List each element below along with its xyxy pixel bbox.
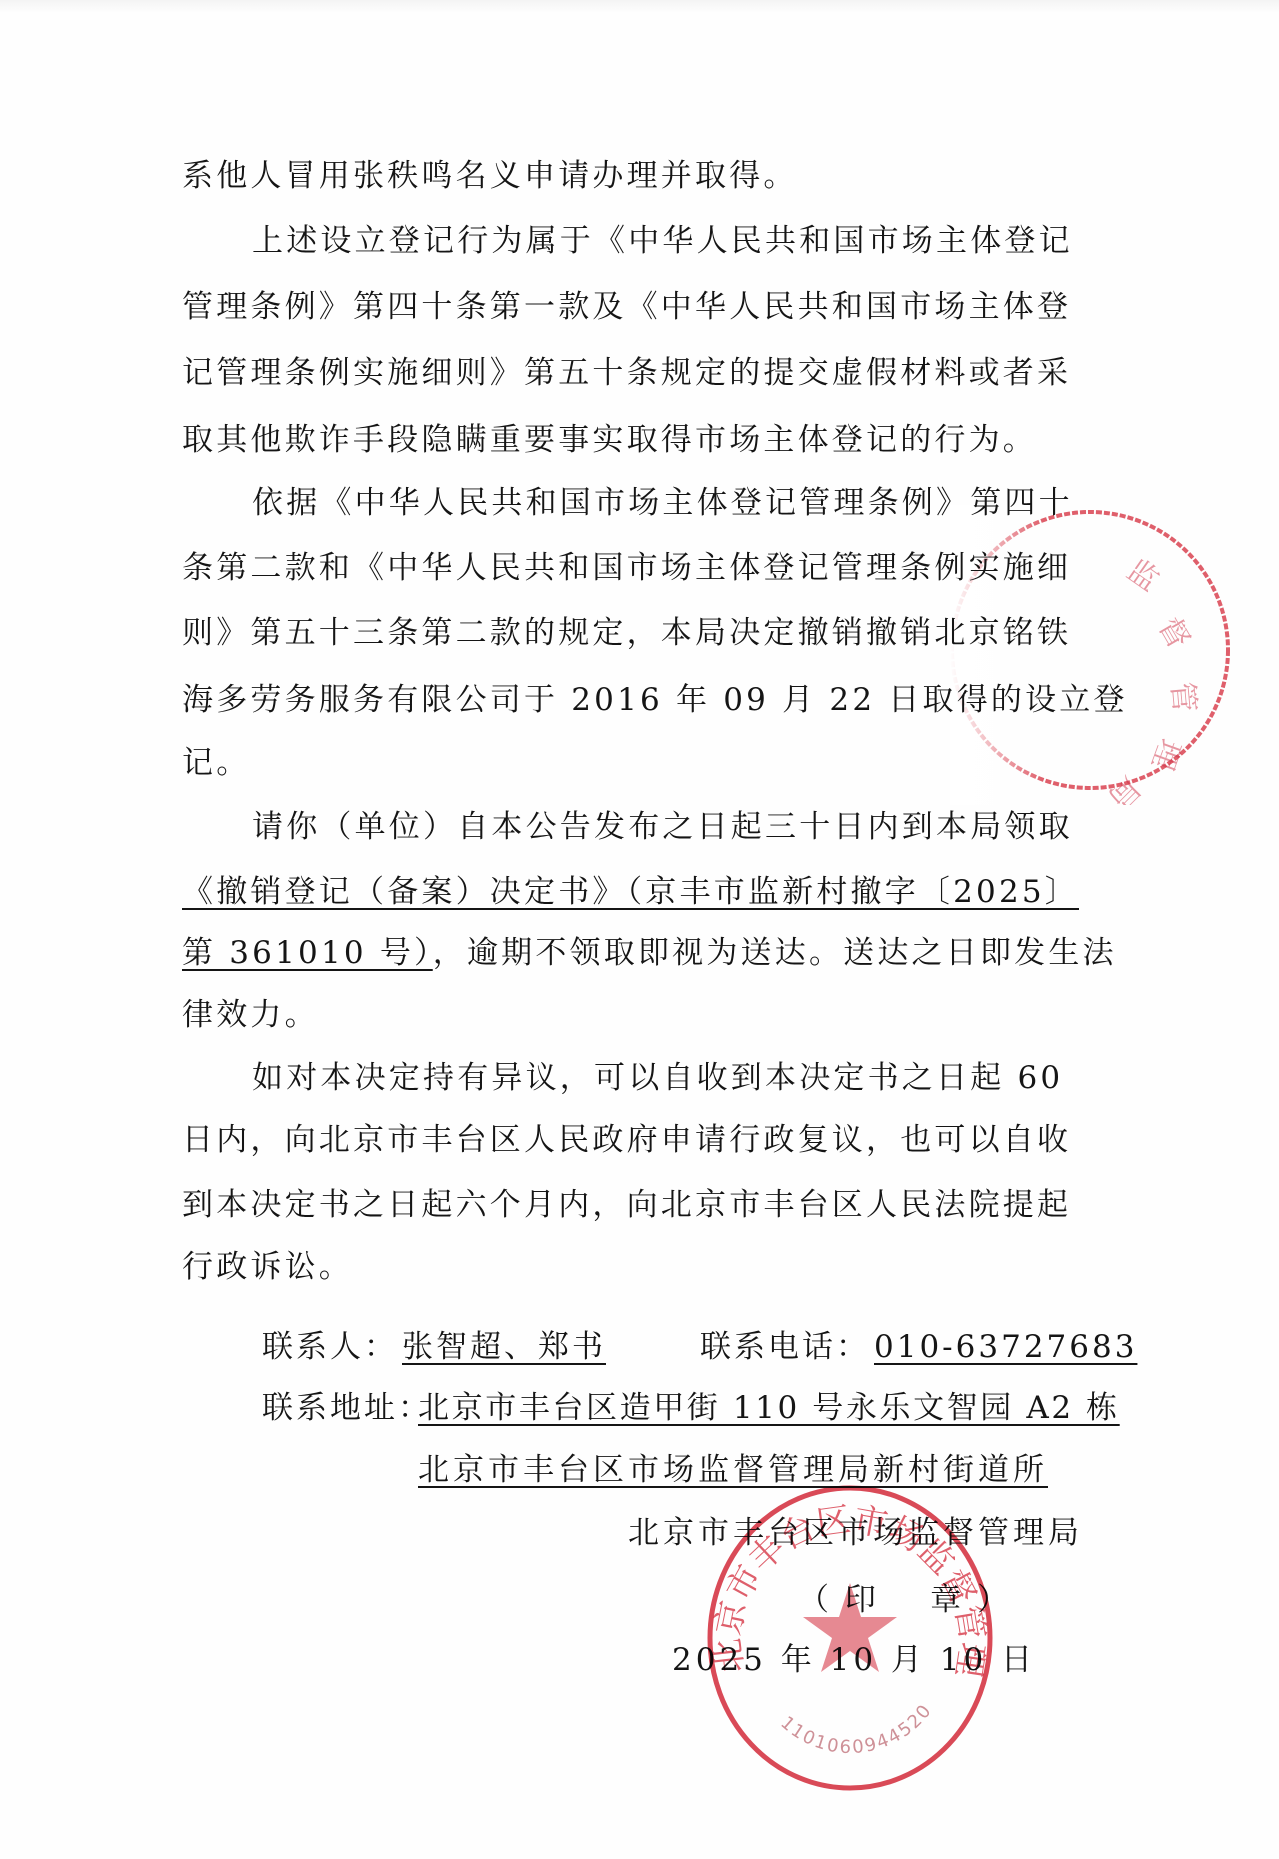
decision-document-title: 《撤销登记（备案）决定书》（京丰市监新村撤字〔2025〕 bbox=[182, 874, 1079, 910]
contact-person-label: 联系人： bbox=[262, 1325, 398, 1369]
scan-edge-artifact bbox=[0, 0, 1279, 14]
decision-reference-line: 第 361010 号），逾期不领取即视为送达。送达之日即发生法 bbox=[182, 931, 1092, 975]
svg-text:局: 局 bbox=[1101, 769, 1147, 805]
contact-address-label: 联系地址： bbox=[262, 1386, 432, 1430]
contact-address-line2: 北京市丰台区市场监督管理局新村街道所 bbox=[418, 1448, 1048, 1492]
contact-phone-label: 联系电话： bbox=[700, 1325, 870, 1369]
appeal-line: 如对本决定持有异议，可以自收到本决定书之日起 60 bbox=[182, 1056, 1092, 1100]
svg-text:督: 督 bbox=[1151, 612, 1196, 655]
issue-date: 2025 年 10 月 10 日 bbox=[672, 1638, 1036, 1682]
document-page: 监 督 管 理 局 系他人冒用张秩鸣名义申请办理并取得。 上述设立登记行为属于《… bbox=[0, 0, 1279, 1859]
decision-reference-line: 《撤销登记（备案）决定书》（京丰市监新村撤字〔2025〕 bbox=[182, 870, 1092, 914]
svg-text:1101060944520: 1101060944520 bbox=[776, 1700, 936, 1759]
body-line: 记。 bbox=[182, 741, 1092, 785]
body-line: 海多劳务服务有限公司于 2016 年 09 月 22 日取得的设立登 bbox=[182, 678, 1092, 722]
appeal-line: 行政诉讼。 bbox=[182, 1245, 1092, 1289]
contact-person-value: 张智超、郑书 bbox=[402, 1325, 606, 1369]
svg-text:管: 管 bbox=[1164, 681, 1201, 714]
body-line: 条第二款和《中华人民共和国市场主体登记管理条例实施细 bbox=[182, 546, 1092, 590]
delivery-text: ，逾期不领取即视为送达。送达之日即发生法 bbox=[433, 935, 1117, 971]
body-line: 律效力。 bbox=[182, 993, 1092, 1037]
body-line: 取其他欺诈手段隐瞒重要事实取得市场主体登记的行为。 bbox=[182, 418, 1092, 462]
body-line: 则》第五十三条第二款的规定，本局决定撤销撤销北京铭铁 bbox=[182, 611, 1092, 655]
contact-address-line1: 北京市丰台区造甲街 110 号永乐文智园 A2 栋 bbox=[418, 1386, 1120, 1430]
body-line: 记管理条例实施细则》第五十条规定的提交虚假材料或者采 bbox=[182, 351, 1092, 395]
appeal-line: 到本决定书之日起六个月内，向北京市丰台区人民法院提起 bbox=[182, 1183, 1092, 1227]
decision-document-number: 第 361010 号） bbox=[182, 935, 433, 971]
body-line: 依据《中华人民共和国市场主体登记管理条例》第四十 bbox=[182, 481, 1092, 525]
seal-label: （ 印 章 ） bbox=[798, 1578, 1011, 1622]
appeal-line: 日内，向北京市丰台区人民政府申请行政复议，也可以自收 bbox=[182, 1118, 1092, 1162]
body-line: 上述设立登记行为属于《中华人民共和国市场主体登记 bbox=[182, 219, 1092, 263]
svg-text:理: 理 bbox=[1144, 734, 1187, 774]
svg-text:监: 监 bbox=[1120, 553, 1165, 599]
body-line: 管理条例》第四十条第一款及《中华人民共和国市场主体登 bbox=[182, 285, 1092, 329]
body-line: 请你（单位）自本公告发布之日起三十日内到本局领取 bbox=[182, 805, 1092, 849]
issuer-name: 北京市丰台区市场监督管理局 bbox=[628, 1511, 1083, 1555]
body-line: 系他人冒用张秩鸣名义申请办理并取得。 bbox=[182, 154, 1092, 198]
contact-phone-value: 010-63727683 bbox=[874, 1325, 1137, 1369]
